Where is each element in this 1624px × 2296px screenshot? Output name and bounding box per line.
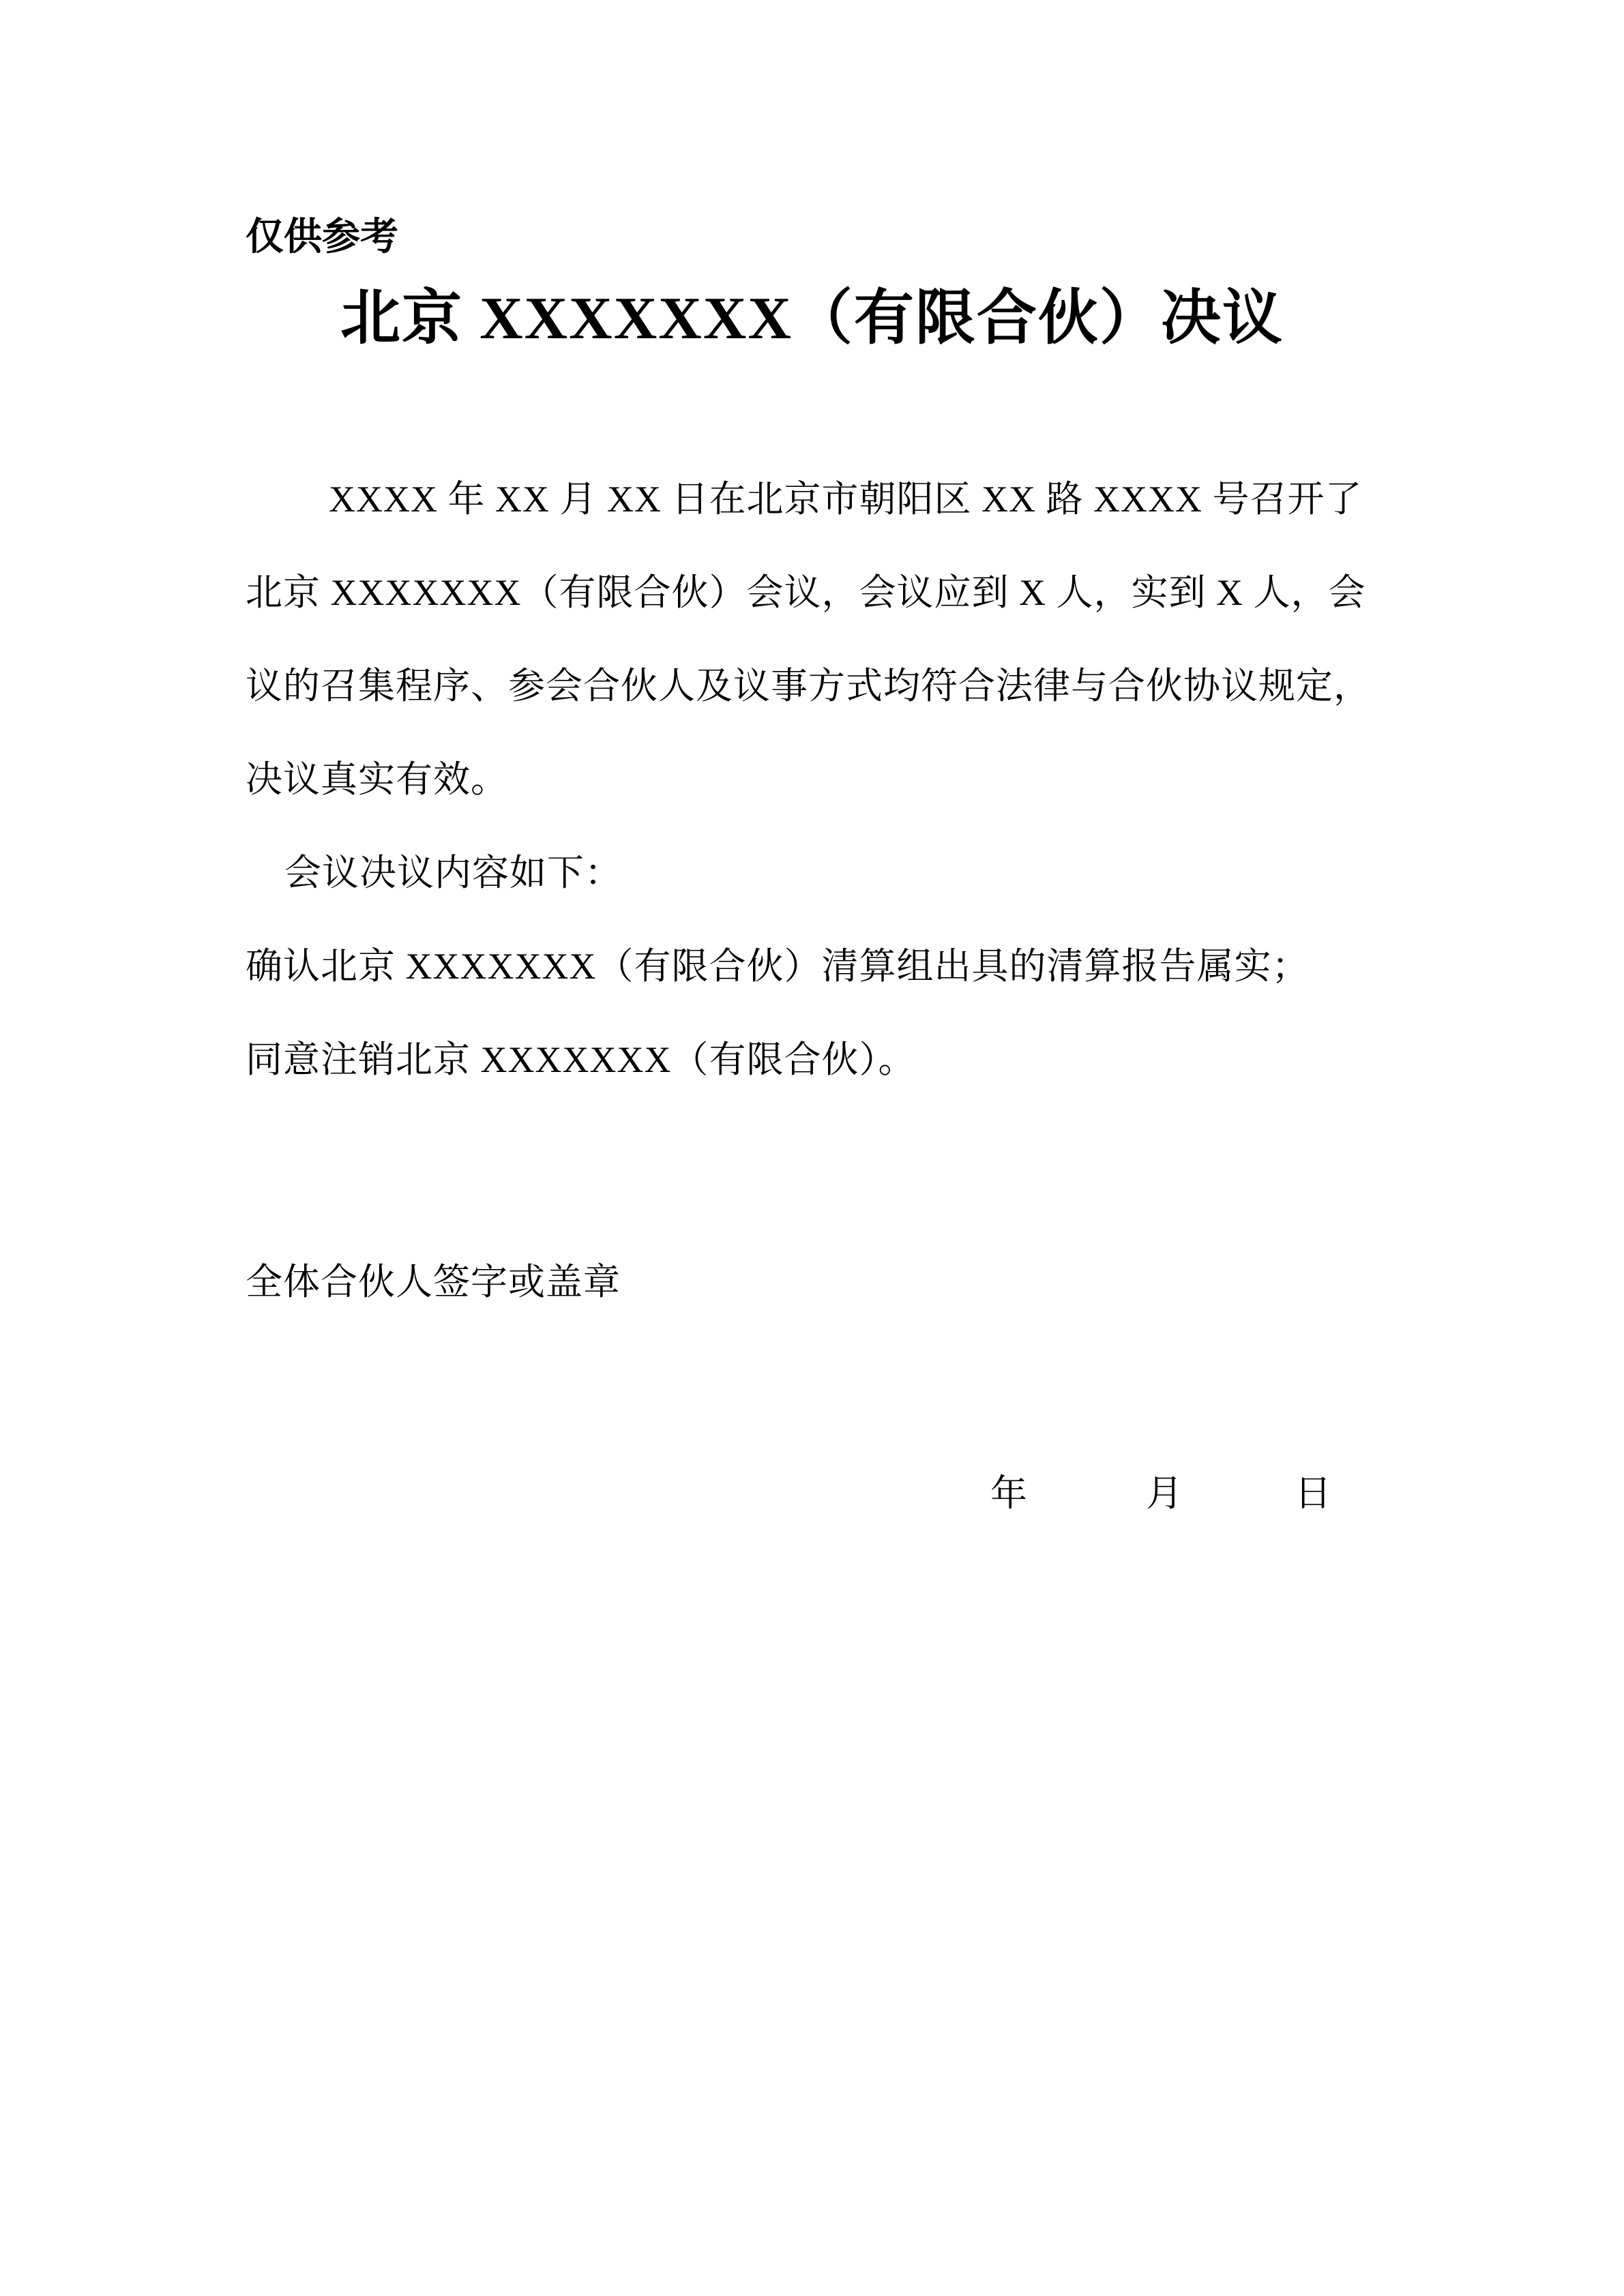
document-page: 仅供参考 北京 XXXXXXX（有限合伙）决议 XXXX 年 XX 月 XX 日… <box>0 0 1624 2296</box>
paragraph-line: 北京 XXXXXXX（有限合伙）会议，会议应到 X 人，实到 X 人，会 <box>246 546 1419 640</box>
resolution-item: 同意注销北京 XXXXXXX（有限合伙）。 <box>246 1013 1419 1107</box>
resolution-item: 确认北京 XXXXXXX（有限合伙）清算组出具的清算报告属实； <box>246 920 1419 1013</box>
signature-label: 全体合伙人签字或盖章 <box>246 1236 621 1329</box>
paragraph-line: XXXX 年 XX 月 XX 日在北京市朝阳区 XX 路 XXXX 号召开了 <box>246 453 1419 546</box>
document-title: 北京 XXXXXXX（有限合伙）决议 <box>0 271 1624 367</box>
day-label: 日 <box>1295 1447 1331 1540</box>
agenda-heading: 会议决议内容如下： <box>246 826 1419 920</box>
paragraph-line: 决议真实有效。 <box>246 733 1419 826</box>
reference-note: 仅供参考 <box>246 210 398 265</box>
year-label: 年 <box>990 1447 1027 1540</box>
month-label: 月 <box>1146 1447 1183 1540</box>
date-line: 年 月 日 <box>0 1447 1624 1540</box>
paragraph-line: 议的召集程序、参会合伙人及议事方式均符合法律与合伙协议规定， <box>246 640 1419 733</box>
document-body: XXXX 年 XX 月 XX 日在北京市朝阳区 XX 路 XXXX 号召开了 北… <box>246 453 1419 1107</box>
